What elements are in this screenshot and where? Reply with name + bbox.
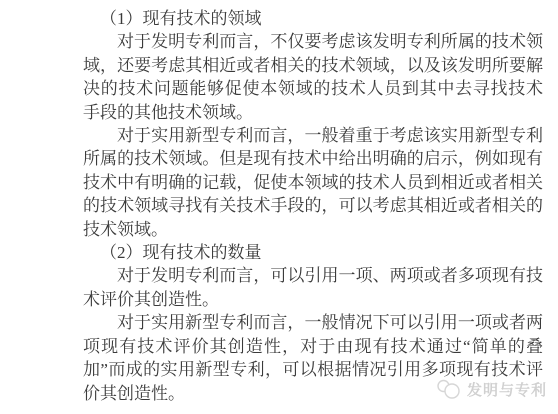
text-line: 手段的其他技术领域。 [83,101,543,124]
watermark-label: 发明与专利 [467,379,547,400]
text-line: 对于实用新型专利而言，一般着重于考虑该实用新型专利 [83,124,543,147]
text-line: 术评价其创造性。 [83,288,543,311]
section-heading-1: （1）现有技术的领域 [83,7,543,30]
watermark: 发明与专利 [435,378,547,400]
overlapping-circles-logo-icon [435,379,462,400]
text-line: 的技术领域寻找有关技术手段的，可以考虑其相近或者相关的 [83,194,543,217]
section-heading-2: （2）现有技术的数量 [83,241,543,264]
text-line: 对于发明专利而言，可以引用一项、两项或者多项现有技 [83,264,543,287]
text-line: 对于实用新型专利而言，一般情况下可以引用一项或者两 [83,311,543,334]
text-line: 所属的技术领域。但是现有技术中给出明确的启示，例如现有 [83,147,543,170]
text-line: 技术领域。 [83,218,543,241]
text-line: 决的技术问题能够促使本领域的技术人员到其中去寻找技术 [83,77,543,100]
text-line: 对于发明专利而言，不仅要考虑该发明专利所属的技术领 [83,30,543,53]
text-line: 域，还要考虑其相近或者相关的技术领域，以及该发明所要解 [83,54,543,77]
text-line: 项现有技术评价其创造性，对于由现有技术通过“简单的叠 [83,335,543,358]
article-page: （1）现有技术的领域 对于发明专利而言，不仅要考虑该发明专利所属的技术领 域，还… [83,7,543,405]
text-line: 技术中有明确的记载，促使本领域的技术人员到相近或者相关 [83,171,543,194]
